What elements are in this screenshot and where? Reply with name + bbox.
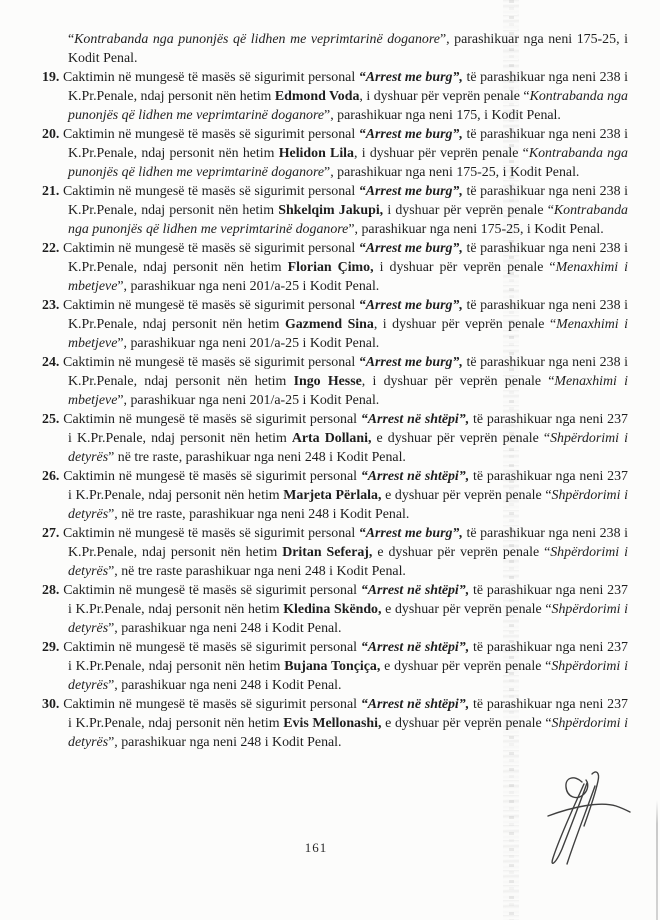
text-segment: Caktimin në mungesë të masës së sigurimi… — [63, 640, 361, 655]
list-item: 21. Caktimin në mungesë të masës së sigu… — [42, 182, 628, 239]
text-segment: ”, parashikuar nga neni 175-25, i Kodit … — [348, 222, 603, 237]
text-segment: Ingo Hesse — [294, 374, 362, 389]
text-segment: ”, parashikuar nga neni 201/a-25 i Kodit… — [117, 393, 379, 408]
text-segment: Evis Mellonashi, — [283, 716, 381, 731]
text-segment: Shkelqim Jakupi, — [278, 203, 383, 218]
list-item: 19. Caktimin në mungesë të masës së sigu… — [42, 68, 628, 125]
text-segment: Caktimin në mungesë të masës së sigurimi… — [63, 184, 359, 199]
text-segment: Gazmend Sina — [285, 317, 374, 332]
text-segment: ”, në tre raste parashikuar nga neni 248… — [108, 564, 406, 579]
item-number: 21. — [42, 184, 59, 199]
text-segment: ”, në tre raste, parashikuar nga neni 24… — [108, 507, 409, 522]
list-item: 22. Caktimin në mungesë të masës së sigu… — [42, 239, 628, 296]
text-segment: “Arrest me burg”, — [359, 355, 463, 370]
text-segment: “Arrest në shtëpi”, — [361, 697, 469, 712]
text-segment: Arta Dollani, — [292, 431, 372, 446]
text-segment: “Arrest me burg”, — [359, 241, 463, 256]
text-segment: ”, parashikuar nga neni 201/a-25 i Kodit… — [117, 279, 379, 294]
text-segment: “Arrest me burg”, — [359, 70, 463, 85]
text-segment: ”, parashikuar nga neni 248 i Kodit Pena… — [108, 621, 341, 636]
item-number: 20. — [42, 127, 59, 142]
item-number: 30. — [42, 697, 59, 712]
text-segment: Dritan Seferaj, — [282, 545, 372, 560]
document-page: { "document": { "continuation": { "segme… — [0, 0, 660, 920]
item-number: 28. — [42, 583, 59, 598]
item-number: 19. — [42, 70, 59, 85]
text-segment: Marjeta Përlala, — [283, 488, 381, 503]
items-list: 19. Caktimin në mungesë të masës së sigu… — [42, 68, 628, 752]
list-item: 28. Caktimin në mungesë të masës së sigu… — [42, 581, 628, 638]
list-item: 27. Caktimin në mungesë të masës së sigu… — [42, 524, 628, 581]
text-segment: “Arrest me burg”, — [359, 298, 463, 313]
text-segment: , i dyshuar për veprën penale “ — [362, 374, 555, 389]
item-number: 26. — [42, 469, 59, 484]
text-segment: e dyshuar për veprën penale “ — [371, 431, 550, 446]
item-number: 24. — [42, 355, 59, 370]
text-segment: e dyshuar për veprën penale “ — [380, 659, 551, 674]
text-segment: Kledina Skëndo, — [283, 602, 381, 617]
text-segment: , i dyshuar për veprën penale “ — [374, 317, 556, 332]
text-segment: “Arrest në shtëpi”, — [361, 583, 469, 598]
text-segment: i dyshuar për veprën penale “ — [383, 203, 554, 218]
list-item: 23. Caktimin në mungesë të masës së sigu… — [42, 296, 628, 353]
text-segment: Caktimin në mungesë të masës së sigurimi… — [63, 241, 359, 256]
list-item: 26. Caktimin në mungesë të masës së sigu… — [42, 467, 628, 524]
text-segment: “Arrest me burg”, — [359, 127, 463, 142]
text-segment: Caktimin në mungesë të masës së sigurimi… — [63, 526, 359, 541]
text-segment: ”, parashikuar nga neni 175, i Kodit Pen… — [324, 108, 561, 123]
paragraph-continuation: “Kontrabanda nga punonjës që lidhen me v… — [42, 30, 628, 68]
text-segment: Caktimin në mungesë të masës së sigurimi… — [63, 355, 359, 370]
text-segment: Caktimin në mungesë të masës së sigurimi… — [63, 412, 361, 427]
text-segment: ” në tre raste, parashikuar nga neni 248… — [108, 450, 406, 465]
text-segment: ”, parashikuar nga neni 248 i Kodit Pena… — [108, 678, 341, 693]
list-item: 30. Caktimin në mungesë të masës së sigu… — [42, 695, 628, 752]
text-segment: e dyshuar për veprën penale “ — [381, 602, 551, 617]
item-number: 23. — [42, 298, 59, 313]
item-number: 27. — [42, 526, 59, 541]
text-segment: Florian Çimo, — [288, 260, 374, 275]
text-segment: “Arrest me burg”, — [359, 184, 463, 199]
text-segment: ”, parashikuar nga neni 201/a-25 i Kodit… — [117, 336, 379, 351]
item-number: 29. — [42, 640, 59, 655]
text-segment: Bujana Tonçiça, — [284, 659, 380, 674]
text-segment: Helidon Lila — [279, 146, 354, 161]
text-segment: , i dyshuar për veprën penale “ — [354, 146, 529, 161]
document-body: “Kontrabanda nga punonjës që lidhen me v… — [42, 30, 628, 752]
text-segment: e dyshuar për veprën penale “ — [372, 545, 550, 560]
text-segment: Caktimin në mungesë të masës së sigurimi… — [63, 298, 359, 313]
list-item: 25. Caktimin në mungesë të masës së sigu… — [42, 410, 628, 467]
text-segment: Kontrabanda nga punonjës që lidhen me ve… — [74, 32, 440, 47]
list-item: 20. Caktimin në mungesë të masës së sigu… — [42, 125, 628, 182]
text-segment: “Arrest në shtëpi”, — [361, 412, 469, 427]
text-segment: , i dyshuar për veprën penale “ — [359, 89, 529, 104]
list-item: 24. Caktimin në mungesë të masës së sigu… — [42, 353, 628, 410]
scan-artifact-edge-line — [656, 800, 658, 920]
text-segment: Caktimin në mungesë të masës së sigurimi… — [63, 70, 359, 85]
text-segment: i dyshuar për veprën penale “ — [374, 260, 556, 275]
text-segment: “Arrest në shtëpi”, — [361, 640, 469, 655]
signature-icon — [538, 768, 650, 876]
text-segment: Caktimin në mungesë të masës së sigurimi… — [63, 697, 361, 712]
text-segment: ”, parashikuar nga neni 175-25, i Kodit … — [324, 165, 579, 180]
text-segment: “Arrest në shtëpi”, — [361, 469, 469, 484]
page-number: 161 — [296, 840, 336, 856]
text-segment: Caktimin në mungesë të masës së sigurimi… — [63, 469, 361, 484]
text-segment: “Arrest me burg”, — [359, 526, 463, 541]
list-item: 29. Caktimin në mungesë të masës së sigu… — [42, 638, 628, 695]
text-segment: e dyshuar për veprën penale “ — [381, 716, 551, 731]
text-segment: Caktimin në mungesë të masës së sigurimi… — [63, 127, 359, 142]
item-number: 22. — [42, 241, 59, 256]
text-segment: Caktimin në mungesë të masës së sigurimi… — [63, 583, 361, 598]
item-number: 25. — [42, 412, 59, 427]
text-segment: ”, parashikuar nga neni 248 i Kodit Pena… — [108, 735, 341, 750]
text-segment: Edmond Voda — [275, 89, 360, 104]
text-segment: e dyshuar për veprën penale “ — [381, 488, 551, 503]
